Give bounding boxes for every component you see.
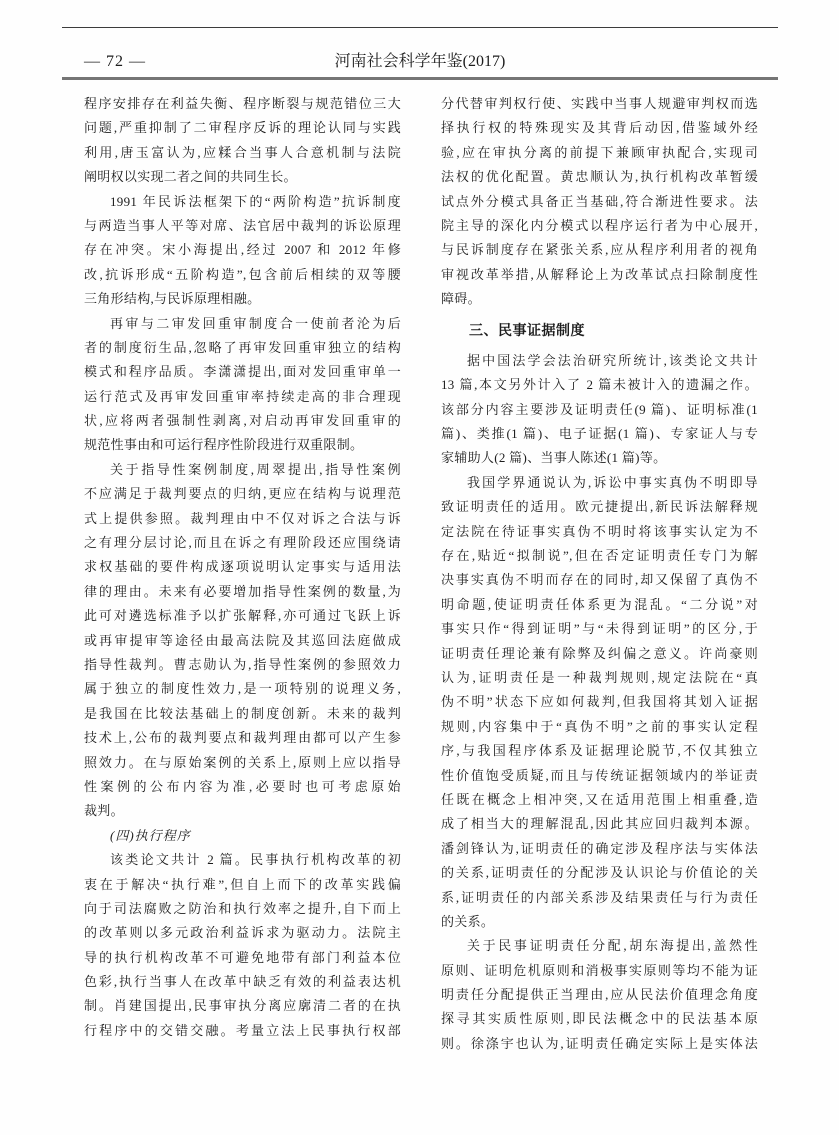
text-line: 技术上,公布的裁判要点和裁判理由都可以产生参 bbox=[84, 726, 401, 750]
text-line: 决事实真伪不明而存在的同时,却又保留了真伪不 bbox=[441, 568, 758, 592]
text-line: 致证明责任的适用。欧元捷提出,新民诉法解释规 bbox=[441, 495, 758, 519]
text-line: 认为,证明责任是一种裁判规则,规定法院在“真 bbox=[441, 666, 758, 690]
text-line: 定法院在待证事实真伪不明时将该事实认定为不 bbox=[441, 520, 758, 544]
text-line: 明责任分配提供正当理由,应从民法价值理念角度 bbox=[441, 983, 758, 1007]
text-line: 运行范式及再审发回重审率持续走高的非合理现 bbox=[84, 385, 401, 409]
text-line: 的关系。 bbox=[441, 910, 758, 934]
page-header: — 72 — 河南社会科学年鉴(2017) bbox=[62, 50, 778, 74]
subsection-heading: (四)执行程序 bbox=[84, 824, 401, 848]
text-line: 规则,内容集中于“真伪不明”之前的事实认定程 bbox=[441, 715, 758, 739]
text-line: 系,证明责任的内部关系涉及结果责任与行为责任 bbox=[441, 886, 758, 910]
text-line: 与民诉制度存在紧张关系,应从程序利用者的视角 bbox=[441, 238, 758, 262]
text-line: 关于指导性案例制度,周翠提出,指导性案例 bbox=[84, 458, 401, 482]
text-line: 规范性事由和可运行程序性阶段进行双重限制。 bbox=[84, 433, 401, 457]
left-column: 程序安排存在利益失衡、程序断裂与规范错位三大问题,严重抑制了二审程序反诉的理论认… bbox=[84, 92, 401, 1056]
text-line: 障碍。 bbox=[441, 287, 758, 311]
text-line: 再审与二审发回重审制度合一使前者沦为后 bbox=[84, 312, 401, 336]
text-line: 指导性裁判。曹志勋认为,指导性案例的参照效力 bbox=[84, 653, 401, 677]
header-bottom-rule bbox=[62, 77, 778, 80]
text-line: 探寻其实质性原则,即民法概念中的民法基本原 bbox=[441, 1007, 758, 1031]
text-line: 院主导的深化内分模式以程序运行者为中心展开, bbox=[441, 214, 758, 238]
text-line: 任既在概念上相冲突,又在适用范围上相重叠,造 bbox=[441, 788, 758, 812]
text-line: 阐明权以实现二者之间的共同生长。 bbox=[84, 165, 401, 189]
text-line: 模式和程序品质。李潇潇提出,面对发回重审单一 bbox=[84, 360, 401, 384]
journal-title: 河南社会科学年鉴(2017) bbox=[62, 50, 778, 74]
text-line: 伪不明”状态下应如何裁判,但我国将其划入证据 bbox=[441, 690, 758, 714]
text-line: 色彩,执行当事人在改革中缺乏有效的利益表达机 bbox=[84, 970, 401, 994]
text-line: 不应满足于裁判要点的归纳,更应在结构与说理范 bbox=[84, 482, 401, 506]
text-line: 三角形结构,与民诉原理相融。 bbox=[84, 287, 401, 311]
text-line: 择执行权的特殊现实及其背后动因,借鉴域外经 bbox=[441, 116, 758, 140]
text-line: 该部分内容主要涉及证明责任(9 篇)、证明标准(1 bbox=[441, 398, 758, 422]
text-line: 验,应在审执分离的前提下兼顾审执配合,实现司 bbox=[441, 141, 758, 165]
text-line: 试点外分模式具备正当基础,符合渐进性要求。法 bbox=[441, 190, 758, 214]
text-line: 式上提供参照。裁判理由中不仅对诉之合法与诉 bbox=[84, 507, 401, 531]
text-line: 原则、证明危机原则和消极事实原则等均不能为证 bbox=[441, 959, 758, 983]
text-columns: 程序安排存在利益失衡、程序断裂与规范错位三大问题,严重抑制了二审程序反诉的理论认… bbox=[84, 92, 758, 1056]
text-line: 裁判。 bbox=[84, 799, 401, 823]
text-line: 律的理由。未来有必要增加指导性案例的数量,为 bbox=[84, 580, 401, 604]
text-line: 程序安排存在利益失衡、程序断裂与规范错位三大 bbox=[84, 92, 401, 116]
text-line: 该类论文共计 2 篇。民事执行机构改革的初 bbox=[84, 848, 401, 872]
text-line: 导的执行机构改革不可避免地带有部门利益本位 bbox=[84, 946, 401, 970]
text-line: 行程序中的交错交融。考量立法上民事执行权部 bbox=[84, 1019, 401, 1043]
text-line: 我国学界通说认为,诉讼中事实真伪不明即导 bbox=[441, 471, 758, 495]
text-line: 是我国在比较法基础上的制度创新。未来的裁判 bbox=[84, 702, 401, 726]
text-line: 属于独立的制度性效力,是一项特别的说理义务, bbox=[84, 677, 401, 701]
text-line: 存在,贴近“拟制说”,但在否定证明责任专门为解 bbox=[441, 544, 758, 568]
text-line: 的改革则以多元政治利益诉求为驱动力。法院主 bbox=[84, 921, 401, 945]
document-page: — 72 — 河南社会科学年鉴(2017) 程序安排存在利益失衡、程序断裂与规范… bbox=[0, 0, 839, 1135]
text-line: 据中国法学会法治研究所统计,该类论文共计 bbox=[441, 349, 758, 373]
text-line: 衷在于解决“执行难”,但自上而下的改革实践偏 bbox=[84, 873, 401, 897]
text-line: 与两造当事人平等对席、法官居中裁判的诉讼原理 bbox=[84, 214, 401, 238]
text-line: 制。肖建国提出,民事审执分离应廓清二者的在执 bbox=[84, 994, 401, 1018]
text-line: 1991 年民诉法框架下的“两阶构造”抗诉制度 bbox=[84, 190, 401, 214]
text-line: 性价值饱受质疑,而且与传统证据领域内的举证责 bbox=[441, 764, 758, 788]
text-line: 则。徐涤宇也认为,证明责任确定实际上是实体法 bbox=[441, 1032, 758, 1056]
text-line: 存在冲突。宋小海提出,经过 2007 和 2012 年修 bbox=[84, 238, 401, 262]
text-line: 问题,严重抑制了二审程序反诉的理论认同与实践 bbox=[84, 116, 401, 140]
text-line: 篇)、类推(1 篇)、电子证据(1 篇)、专家证人与专 bbox=[441, 422, 758, 446]
section-heading: 三、民事证据制度 bbox=[441, 318, 758, 342]
text-line: 者的制度衍生品,忽略了再审发回重审独立的结构 bbox=[84, 336, 401, 360]
right-column: 分代替审判权行使、实践中当事人规避审判权而选择执行权的特殊现实及其背后动因,借鉴… bbox=[441, 92, 758, 1056]
text-line: 序,与我国程序体系及证据理论脱节,不仅其独立 bbox=[441, 739, 758, 763]
text-line: 向于司法腐败之防治和执行效率之提升,自下而上 bbox=[84, 897, 401, 921]
text-line: 证明责任理论兼有除弊及纠偏之意义。许尚豪则 bbox=[441, 642, 758, 666]
text-line: 审视改革举措,从解释论上为改革试点扫除制度性 bbox=[441, 263, 758, 287]
text-line: 法权的优化配置。黄忠顺认为,执行机构改革暂缓 bbox=[441, 165, 758, 189]
text-line: 照效力。在与原始案例的关系上,原则上应以指导 bbox=[84, 751, 401, 775]
text-line: 关于民事证明责任分配,胡东海提出,盖然性 bbox=[441, 934, 758, 958]
text-line: 或再审提审等途径由最高法院及其巡回法庭做成 bbox=[84, 629, 401, 653]
text-line: 明命题,使证明责任体系更为混乱。“二分说”对 bbox=[441, 593, 758, 617]
text-line: 成了相当大的理解混乱,因此其应回归裁判本源。 bbox=[441, 812, 758, 836]
text-line: 求权基础的要件构成逐项说明认定事实与适用法 bbox=[84, 555, 401, 579]
text-line: 家辅助人(2 篇)、当事人陈述(1 篇)等。 bbox=[441, 446, 758, 470]
text-line: 利用,唐玉富认为,应糅合当事人合意机制与法院 bbox=[84, 141, 401, 165]
text-line: 改,抗诉形成“五阶构造”,包含前后相续的双等腰 bbox=[84, 263, 401, 287]
text-line: 分代替审判权行使、实践中当事人规避审判权而选 bbox=[441, 92, 758, 116]
text-line: 的关系,证明责任的分配涉及认识论与价值论的关 bbox=[441, 861, 758, 885]
text-line: 此可对遴选标准予以扩张解释,亦可通过飞跃上诉 bbox=[84, 604, 401, 628]
text-line: 潘剑锋认为,证明责任的确定涉及程序法与实体法 bbox=[441, 837, 758, 861]
header-top-rule bbox=[62, 27, 778, 28]
text-line: 性案例的公布内容为准,必要时也可考虑原始 bbox=[84, 775, 401, 799]
text-line: 之有理分层讨论,而且在诉之有理阶段还应围绕请 bbox=[84, 531, 401, 555]
text-line: 事实只作“得到证明”与“未得到证明”的区分,于 bbox=[441, 617, 758, 641]
text-line: 13 篇,本文另外计入了 2 篇未被计入的遗漏之作。 bbox=[441, 373, 758, 397]
text-line: 状,应将两者强制性剥离,对启动再审发回重审的 bbox=[84, 409, 401, 433]
